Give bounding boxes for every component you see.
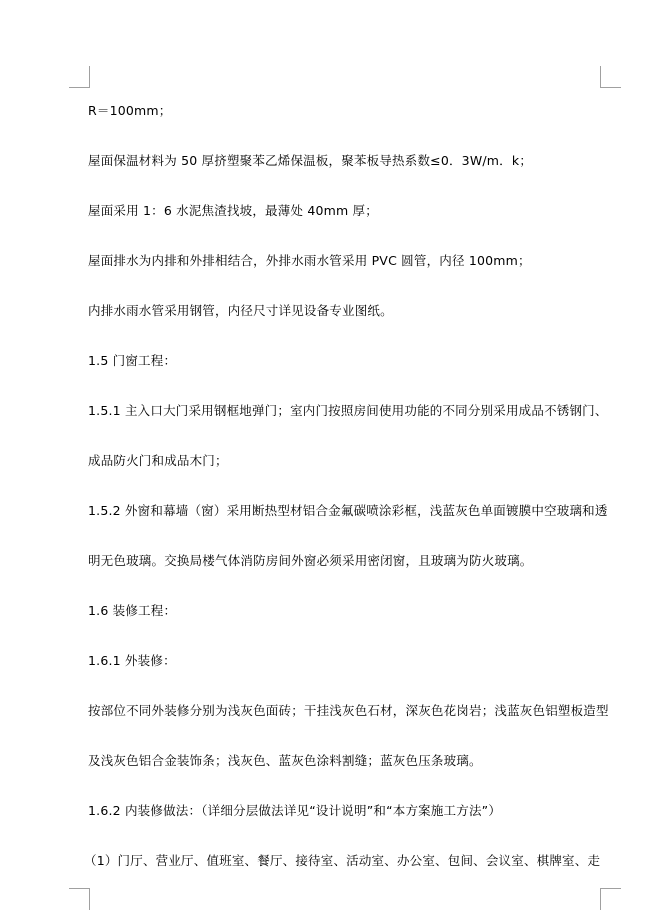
paragraph-exterior-line-1: 按部位不同外装修分别为浅灰色面砖；干挂浅灰色石材，深灰色花岗岩；浅蓝灰色铝塑板造… bbox=[88, 702, 608, 752]
heading-1-6-1: 1.6.1 外装修： bbox=[88, 652, 608, 702]
paragraph-inner-drain-pipe: 内排水雨水管采用钢管，内径尺寸详见设备专业图纸。 bbox=[88, 302, 608, 352]
heading-1-6: 1.6 装修工程： bbox=[88, 602, 608, 652]
paragraph-roof-drainage: 屋面排水为内排和外排相结合，外排水雨水管采用 PVC 圆管，内径 100mm； bbox=[88, 252, 608, 302]
crop-mark-top-left bbox=[69, 66, 90, 88]
paragraph-1-5-2-line-2: 明无色玻璃。交换局楼气体消防房间外窗必须采用密闭窗，且玻璃为防火玻璃。 bbox=[88, 552, 608, 602]
document-body: R＝100mm； 屋面保温材料为 50 厚挤塑聚苯乙烯保温板，聚苯板导热系数≤0… bbox=[88, 102, 608, 902]
paragraph-1-5-1-line-2: 成品防火门和成品木门； bbox=[88, 452, 608, 502]
paragraph-radius: R＝100mm； bbox=[88, 102, 608, 152]
crop-mark-top-right bbox=[600, 66, 621, 88]
paragraph-roof-insulation: 屋面保温材料为 50 厚挤塑聚苯乙烯保温板，聚苯板导热系数≤0．3W/m．k； bbox=[88, 152, 608, 202]
paragraph-1-5-2-line-1: 1.5.2 外窗和幕墙（窗）采用断热型材铝合金氟碳喷涂彩框，浅蓝灰色单面镀膜中空… bbox=[88, 502, 608, 552]
paragraph-roof-slope: 屋面采用 1：6 水泥焦渣找坡，最薄处 40mm 厚； bbox=[88, 202, 608, 252]
document-page: R＝100mm； 屋面保温材料为 50 厚挤塑聚苯乙烯保温板，聚苯板导热系数≤0… bbox=[0, 0, 670, 920]
paragraph-interior-item-1: （1）门厅、营业厅、值班室、餐厅、接待室、活动室、办公室、包间、会议室、棋牌室、… bbox=[84, 852, 608, 902]
heading-1-6-2: 1.6.2 内装修做法：（详细分层做法详见“设计说明”和“本方案施工方法”） bbox=[88, 802, 608, 852]
heading-1-5: 1.5 门窗工程： bbox=[88, 352, 608, 402]
paragraph-1-5-1-line-1: 1.5.1 主入口大门采用钢框地弹门；室内门按照房间使用功能的不同分别采用成品不… bbox=[88, 402, 608, 452]
paragraph-exterior-line-2: 及浅灰色铝合金装饰条；浅灰色、蓝灰色涂料割缝；蓝灰色压条玻璃。 bbox=[88, 752, 608, 802]
